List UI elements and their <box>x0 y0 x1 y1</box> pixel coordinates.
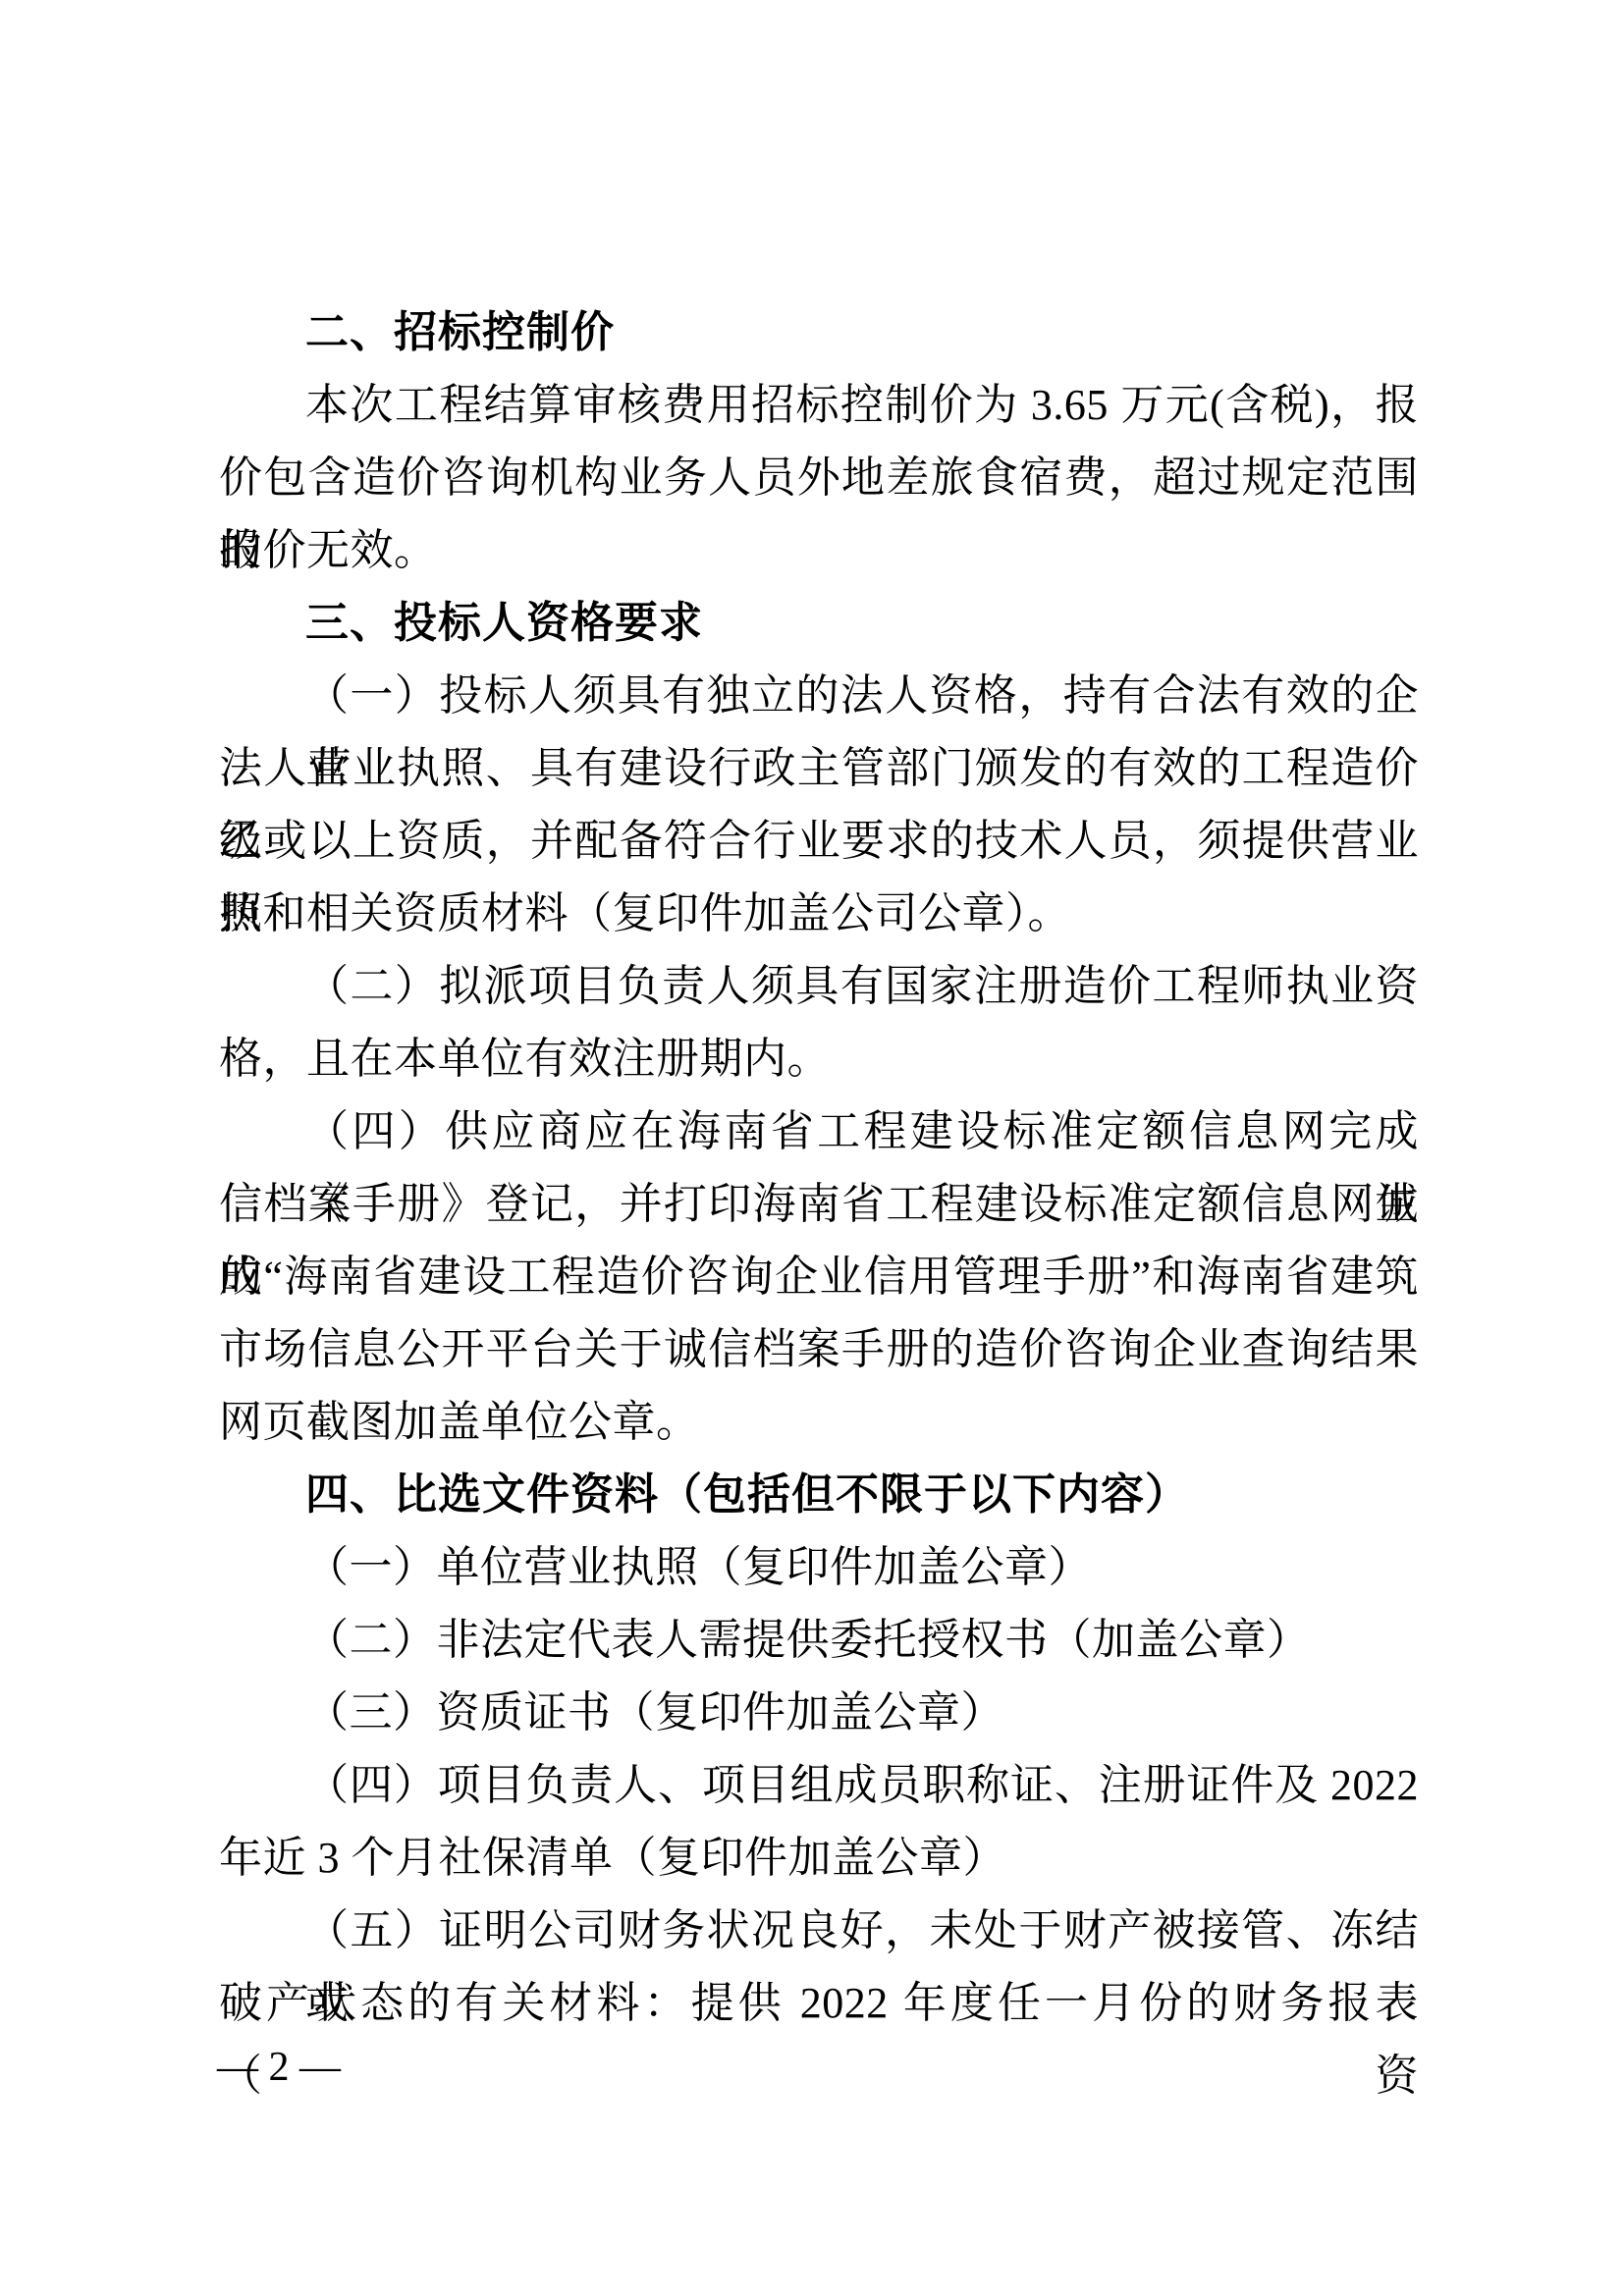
text-line: 价包含造价咨询机构业务人员外地差旅食宿费，超过规定范围的 <box>219 442 1419 514</box>
text-line: （五）证明公司财务状况良好，未处于财产被接管、冻结或 <box>219 1895 1419 1967</box>
text-line: 本次工程结算审核费用招标控制价为 3.65 万元(含税)，报 <box>219 369 1419 442</box>
section-heading: 二、招标控制价 <box>219 296 1419 369</box>
text-line: （四）项目负责人、项目组成员职称证、注册证件及 2022 <box>219 1749 1419 1822</box>
section-heading: 四、比选文件资料（包括但不限于以下内容） <box>219 1459 1419 1531</box>
text-line: 的“海南省建设工程造价咨询企业信用管理手册”和海南省建筑 <box>219 1241 1419 1313</box>
text-line: （二）非法定代表人需提供委托授权书（加盖公章） <box>219 1604 1419 1677</box>
text-line: （二）拟派项目负责人须具有国家注册造价工程师执业资 <box>219 950 1419 1023</box>
text-line: 照和相关资质材料（复印件加盖公司公章）。 <box>219 878 1419 950</box>
text-line: 市场信息公开平台关于诚信档案手册的造价咨询企业查询结果 <box>219 1313 1419 1386</box>
text-line: （一）单位营业执照（复印件加盖公章） <box>219 1531 1419 1604</box>
page: 二、招标控制价本次工程结算审核费用招标控制价为 3.65 万元(含税)，报价包含… <box>0 0 1624 2296</box>
text-line: 信档案手册》登记，并打印海南省工程建设标准定额信息网生成 <box>219 1168 1419 1241</box>
document-body: 二、招标控制价本次工程结算审核费用招标控制价为 3.65 万元(含税)，报价包含… <box>219 296 1419 2040</box>
page-number: — 2 — <box>217 2040 341 2095</box>
text-line: 网页截图加盖单位公章。 <box>219 1386 1419 1459</box>
text-line: （三）资质证书（复印件加盖公章） <box>219 1677 1419 1749</box>
text-line: 报价无效。 <box>219 514 1419 587</box>
text-line: 级或以上资质，并配备符合行业要求的技术人员，须提供营业执 <box>219 805 1419 878</box>
text-line: 破产状态的有关材料：提供 2022 年度任一月份的财务报表（资 <box>219 1967 1419 2040</box>
section-heading: 三、投标人资格要求 <box>219 587 1419 660</box>
text-line: （一）投标人须具有独立的法人资格，持有合法有效的企业 <box>219 660 1419 732</box>
text-line: （四）供应商应在海南省工程建设标准定额信息网完成《诚 <box>219 1095 1419 1168</box>
text-line: 年近 3 个月社保清单（复印件加盖公章） <box>219 1822 1419 1895</box>
text-line: 法人营业执照、具有建设行政主管部门颁发的有效的工程造价乙 <box>219 732 1419 805</box>
text-line: 格，且在本单位有效注册期内。 <box>219 1023 1419 1095</box>
